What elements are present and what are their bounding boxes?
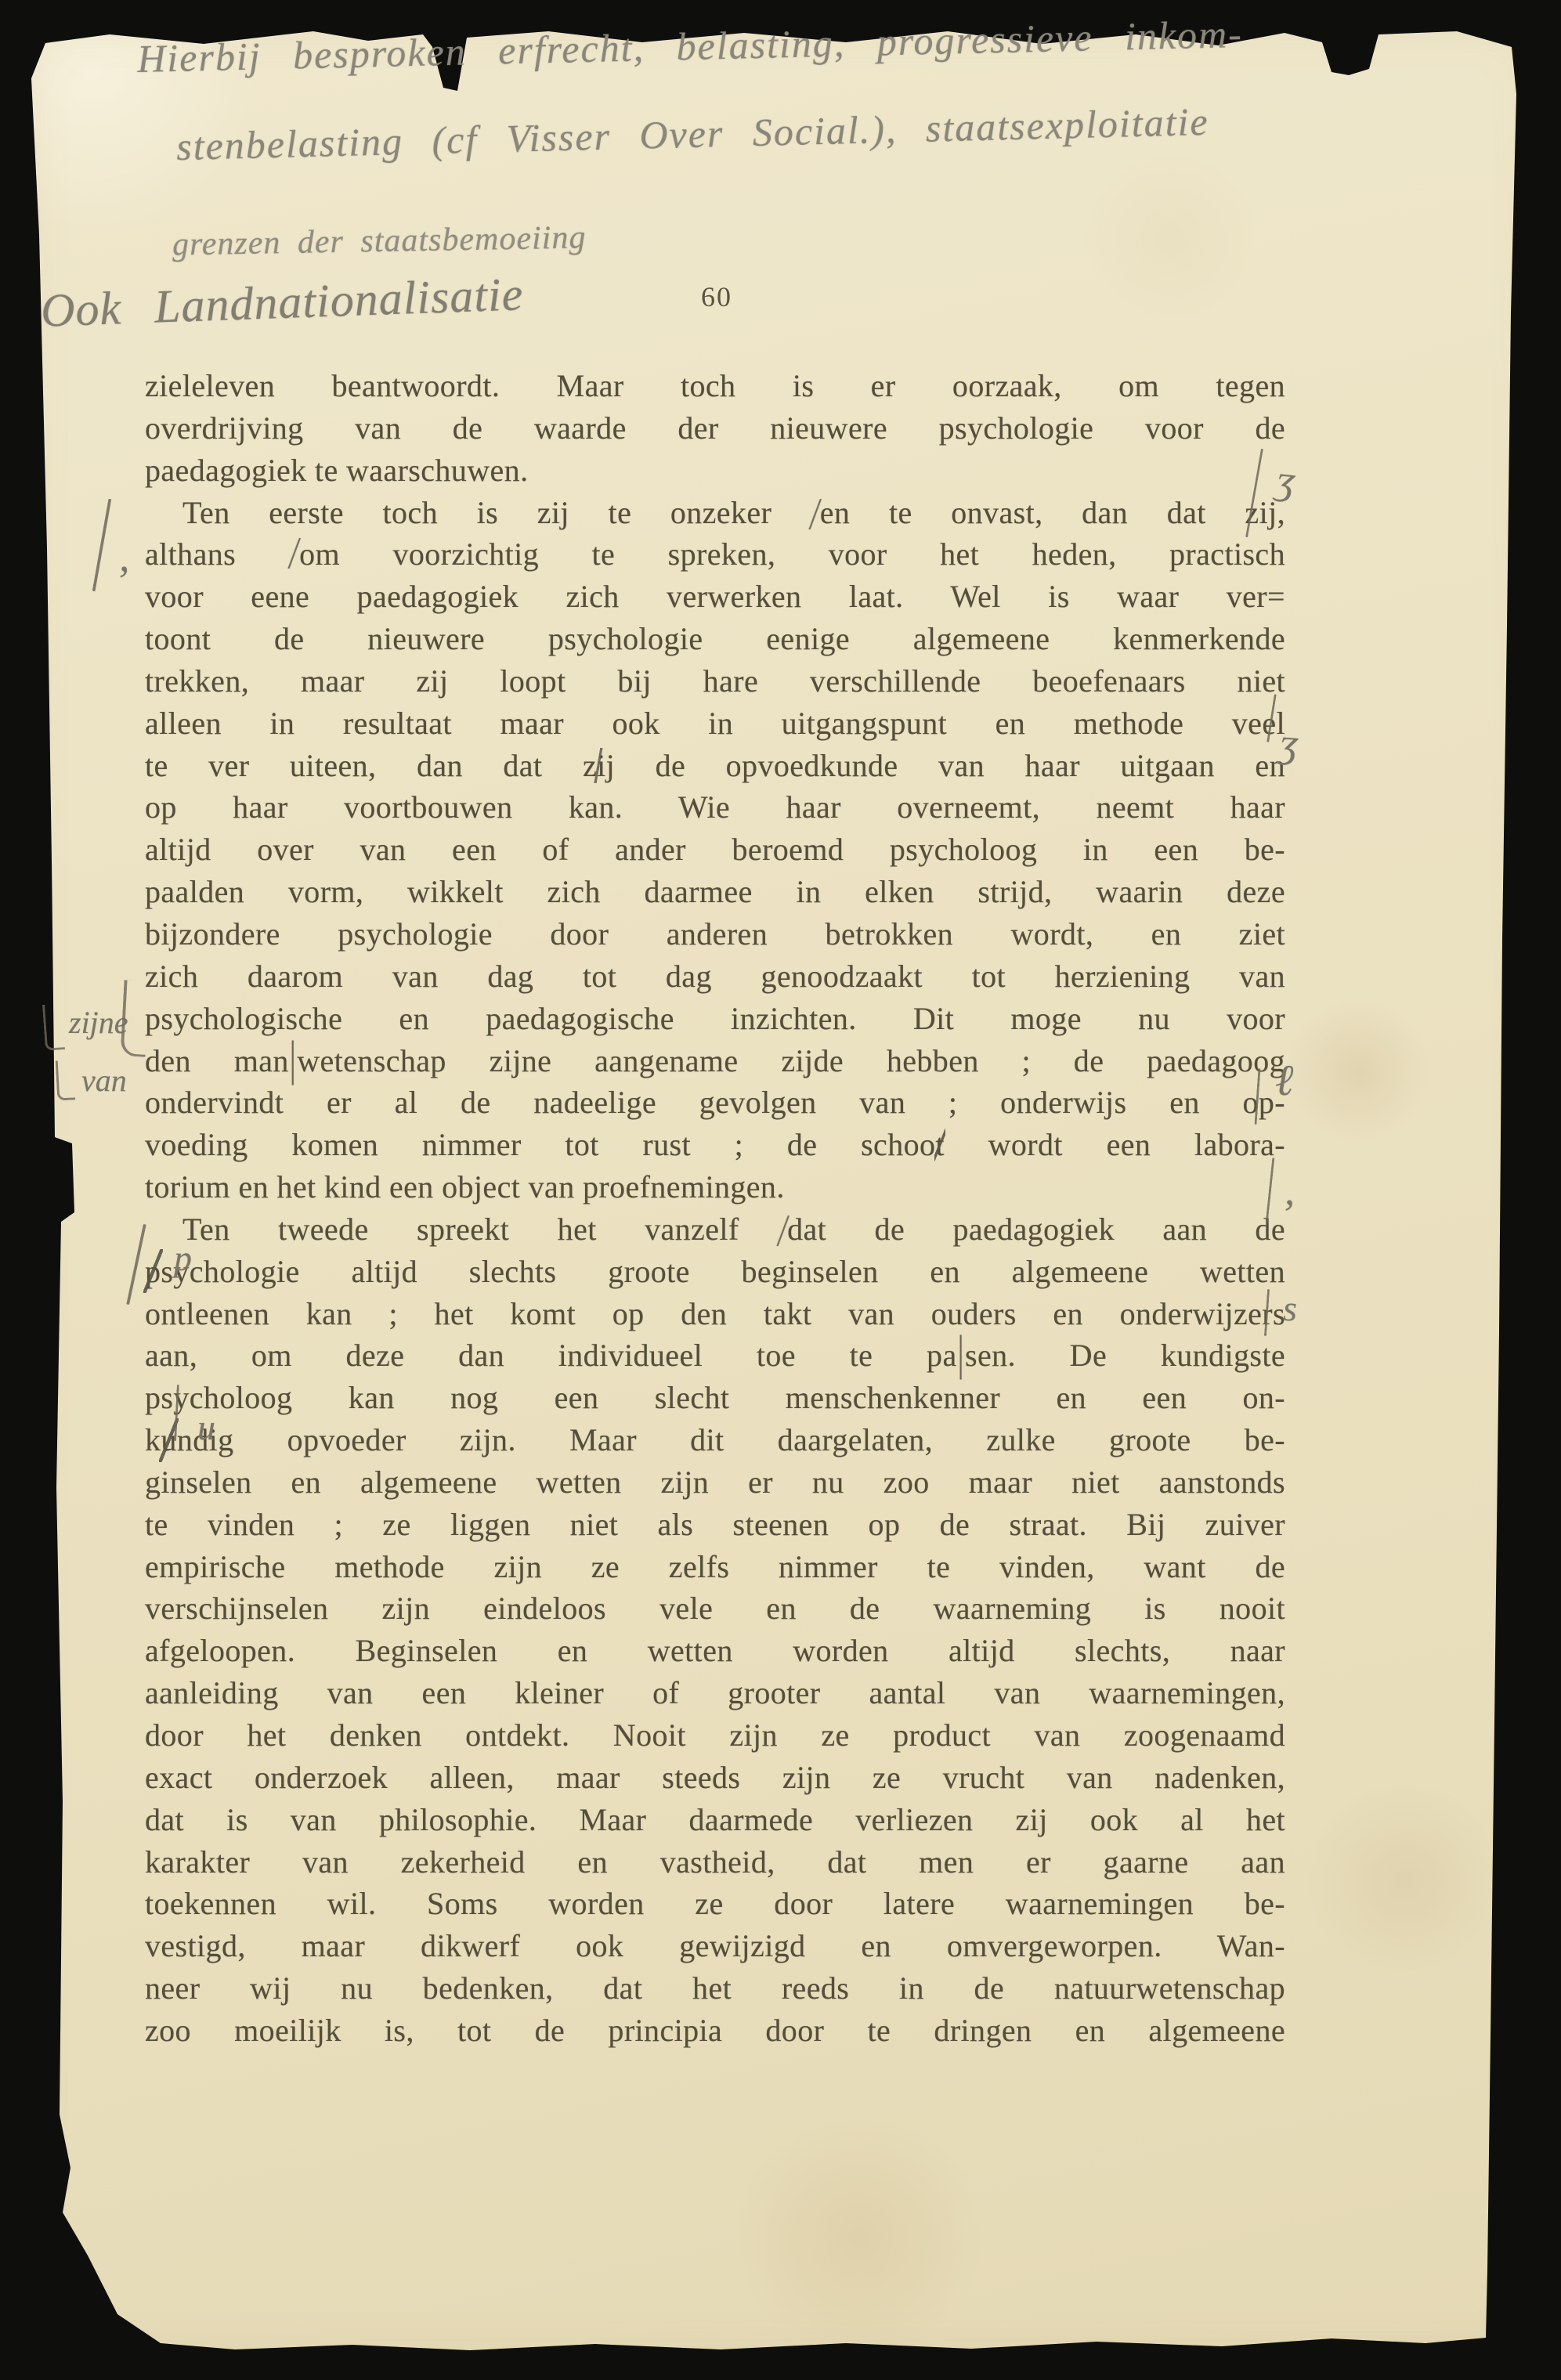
body-text-line: te ver uiteen, dan dat zij de opvoedkund… (145, 745, 1285, 787)
printed-text-segment: te ver uiteen, dan dat (145, 748, 583, 783)
handwritten-annotation-line-3: grenzen der staatsbemoeiing (172, 218, 587, 263)
pencil-note-l: ℓ (1275, 1056, 1293, 1106)
pencil-bar-mark: | (958, 1320, 964, 1385)
body-text-line: te vinden ; ze liggen niet als steenen o… (145, 1504, 1285, 1546)
body-text-line: Ten tweede spreekt het vanzelf/dat de pa… (145, 1208, 1285, 1251)
body-text-line: aanleiding van een kleiner of grooter aa… (145, 1672, 1285, 1714)
pencil-note-zijne: zijne (69, 1004, 128, 1041)
scan-background: Hierbij besproken erfrecht, belasting, p… (0, 0, 1561, 2380)
body-text-line: ondervindt er al de nadeelige gevolgen v… (145, 1082, 1285, 1124)
body-text-line: paalden vorm, wikkelt zich daarmee in el… (145, 871, 1285, 913)
printed-text-segment: empirische methode zijn ze zelfs nimmer … (145, 1549, 1285, 1584)
body-text-line: zich daarom van dag tot dag genoodzaakt … (145, 955, 1285, 998)
printed-text-segment: karakter van zekerheid en vastheid, dat … (145, 1844, 1285, 1880)
printed-text-segment: den man (145, 1043, 289, 1078)
body-text-line: paedagogiek te waarschuwen. (145, 450, 1285, 492)
body-text-line: empirische methode zijn ze zelfs nimmer … (145, 1546, 1285, 1588)
body-text-line: verschijnselen zijn eindeloos vele en de… (145, 1587, 1285, 1630)
pencil-note-u: u (197, 1407, 215, 1448)
body-text-line: zieleleven beantwoordt. Maar toch is er … (145, 365, 1285, 407)
pencil-slash-mark: / (768, 477, 824, 546)
body-text-line: trekken, maar zij loopt bij hare verschi… (145, 660, 1285, 702)
printed-text-segment: trekken, maar zij loopt bij hare verschi… (145, 663, 1285, 699)
body-text-line: psychologische en paedagogische inzichte… (145, 998, 1285, 1040)
printed-text-segment: althans (145, 536, 289, 572)
body-text-line: afgeloopen. Beginselen en wetten worden … (145, 1630, 1285, 1672)
pencil-corner-mark (42, 1003, 65, 1051)
body-text-line: psychologie altijd slechts groote begins… (145, 1251, 1285, 1293)
body-text-line: op haar voortbouwen kan. Wie haar overne… (145, 786, 1285, 829)
body-text-line: toont de nieuwere psychologie eenige alg… (145, 618, 1285, 660)
printed-text-segment: alleen in resultaat maar ook in uitgangs… (145, 706, 1285, 741)
printed-text-segment: te vinden ; ze liggen niet als steenen o… (145, 1507, 1285, 1542)
printed-text-segment: zich daarom van dag tot dag genoodzaakt … (145, 959, 1285, 994)
printed-text-segment: paalden vorm, wikkelt zich daarmee in el… (145, 874, 1285, 909)
pencil-slash-mark: / (735, 1194, 792, 1262)
body-text-line: exact onderzoek alleen, maar steeds zijn… (145, 1757, 1285, 1799)
printed-text-segment: overdrijving van de waarde der nieuwere … (145, 410, 1285, 446)
body-text-line: vestigd, maar dikwerf ook gewijzigd en o… (145, 1925, 1285, 1967)
printed-text-segment: Ten eerste toch is zij te onzeker (182, 495, 771, 530)
body-text-line: Ten eerste toch is zij te onzeker/en te … (145, 492, 1285, 534)
printed-text-segment: toekennen wil. Soms worden ze door later… (145, 1886, 1285, 1921)
printed-text-segment: ginselen en algemeene wetten zijn er nu … (145, 1464, 1285, 1500)
printed-text-segment: wetenschap zijne aangename zijde hebben … (297, 1043, 1285, 1078)
printed-text-segment: exact onderzoek alleen, maar steeds zijn… (145, 1760, 1285, 1795)
printed-text-segment: voor eene paedagogiek zich verwerken laa… (145, 579, 1285, 614)
pencil-over-mark: p (145, 1254, 161, 1289)
printed-text-segment: toont de nieuwere psychologie eenige alg… (145, 621, 1285, 656)
printed-text-segment: verschijnselen zijn eindeloos vele en de… (145, 1591, 1285, 1626)
pencil-note-s: s (1283, 1288, 1297, 1329)
printed-text-segment: bijzondere psychologie door anderen betr… (145, 916, 1285, 952)
pencil-note-van: van (81, 1062, 127, 1099)
body-text-line: voeding komen nimmer tot rust ; de schoo… (145, 1124, 1285, 1166)
printed-text-segment: psycholoog kan nog een slecht menschenke… (145, 1380, 1285, 1415)
body-text-line: bijzondere psychologie door anderen betr… (145, 913, 1285, 955)
body-text-line: aan, om deze dan individueel toe te pa|s… (145, 1334, 1285, 1377)
body-text-line: neer wij nu bedenken, dat het reeds in d… (145, 1967, 1285, 2010)
printed-text-segment: psychologische en paedagogische inzichte… (145, 1001, 1285, 1036)
printed-text-segment: neer wij nu bedenken, dat het reeds in d… (145, 1970, 1285, 2006)
body-text-line: kundig opvoeder zijn. Maar dit daargelat… (145, 1419, 1285, 1461)
body-text-line: althans /om voorzichtig te spreken, voor… (145, 533, 1285, 576)
printed-text-segment: torium en het kind een object van proefn… (145, 1169, 785, 1204)
pencil-comma-mark: , (119, 533, 130, 581)
page-number: 60 (689, 280, 744, 313)
printed-text-segment: voeding komen nimmer tot rust ; de schoo (145, 1127, 935, 1162)
pencil-over-mark: t (935, 1127, 945, 1162)
printed-text-segment: sen. De kundigste (965, 1338, 1285, 1373)
printed-text-segment: ondervindt er al de nadeelige gevolgen v… (145, 1085, 1285, 1120)
body-text-line: dat is van philosophie. Maar daarmede ve… (145, 1799, 1285, 1841)
printed-text-segment: aanleiding van een kleiner of grooter aa… (145, 1675, 1285, 1710)
printed-text-segment: wordt een labora- (945, 1127, 1285, 1162)
printed-text-segment: Ten tweede spreekt het vanzelf (182, 1212, 739, 1247)
printed-text-segment: dat de paedagogiek aan de (787, 1212, 1285, 1247)
body-text-line: voor eene paedagogiek zich verwerken laa… (145, 576, 1285, 618)
printed-text-segment: sychologie altijd slechts groote beginse… (161, 1254, 1285, 1289)
pencil-comma-mark: , (1285, 1168, 1295, 1215)
pencil-insert-bracket (120, 980, 149, 1057)
printed-body-text: zieleleven beantwoordt. Maar toch is er … (145, 365, 1285, 2052)
body-text-line: ginselen en algemeene wetten zijn er nu … (145, 1461, 1285, 1504)
printed-text-segment: dat is van philosophie. Maar daarmede ve… (145, 1802, 1285, 1837)
body-text-line: door het denken ontdekt. Nooit zijn ze p… (145, 1714, 1285, 1757)
body-text-line: alleen in resultaat maar ook in uitgangs… (145, 702, 1285, 745)
printed-text-segment: op haar voortbouwen kan. Wie haar overne… (145, 789, 1285, 825)
printed-text-segment: zoo moeilijk is, tot de principia door t… (145, 2013, 1285, 2048)
printed-text-segment: afgeloopen. Beginselen en wetten worden … (145, 1633, 1285, 1668)
printed-text-segment: vestigd, maar dikwerf ook gewijzigd en o… (145, 1928, 1285, 1963)
pencil-note-p: p (174, 1237, 192, 1279)
printed-text-segment: door het denken ontdekt. Nooit zijn ze p… (145, 1717, 1285, 1753)
body-text-line: den man|wetenschap zijne aangename zijde… (145, 1040, 1285, 1082)
body-text-line: altijd over van een of ander beroemd psy… (145, 829, 1285, 871)
printed-text-segment: zieleleven beantwoordt. Maar toch is er … (145, 368, 1285, 403)
printed-text-segment: paedagogiek te waarschuwen. (145, 453, 528, 488)
body-text-line: toekennen wil. Soms worden ze door later… (145, 1883, 1285, 1925)
body-text-line: zoo moeilijk is, tot de principia door t… (145, 2010, 1285, 2052)
printed-text-segment: ndig opvoeder zijn. Maar dit daargelaten… (177, 1422, 1285, 1457)
body-text-line: karakter van zekerheid en vastheid, dat … (145, 1841, 1285, 1883)
pencil-strike-mark: zij (583, 748, 615, 783)
pencil-corner-mark (56, 1060, 76, 1100)
body-text-line: overdrijving van de waarde der nieuwere … (145, 407, 1285, 450)
printed-text-segment: aan, om deze dan individueel toe te pa (145, 1338, 957, 1373)
printed-text-segment: en te onvast, dan dat zij, (820, 495, 1285, 530)
printed-text-segment: ontleenen kan ; het komt op den takt van… (145, 1296, 1285, 1331)
pencil-bar-mark: | (290, 1026, 296, 1091)
printed-text-segment: de opvoedkunde van haar uitgaan en (615, 748, 1285, 783)
printed-text-segment: altijd over van een of ander beroemd psy… (145, 832, 1285, 867)
pencil-curl-mark: ʒ (1278, 720, 1299, 767)
body-text-line: ontleenen kan ; het komt op den takt van… (145, 1293, 1285, 1335)
body-text-line: torium en het kind een object van proefn… (145, 1166, 1285, 1208)
body-text-line: psycholoog kan nog een slecht menschenke… (145, 1377, 1285, 1419)
